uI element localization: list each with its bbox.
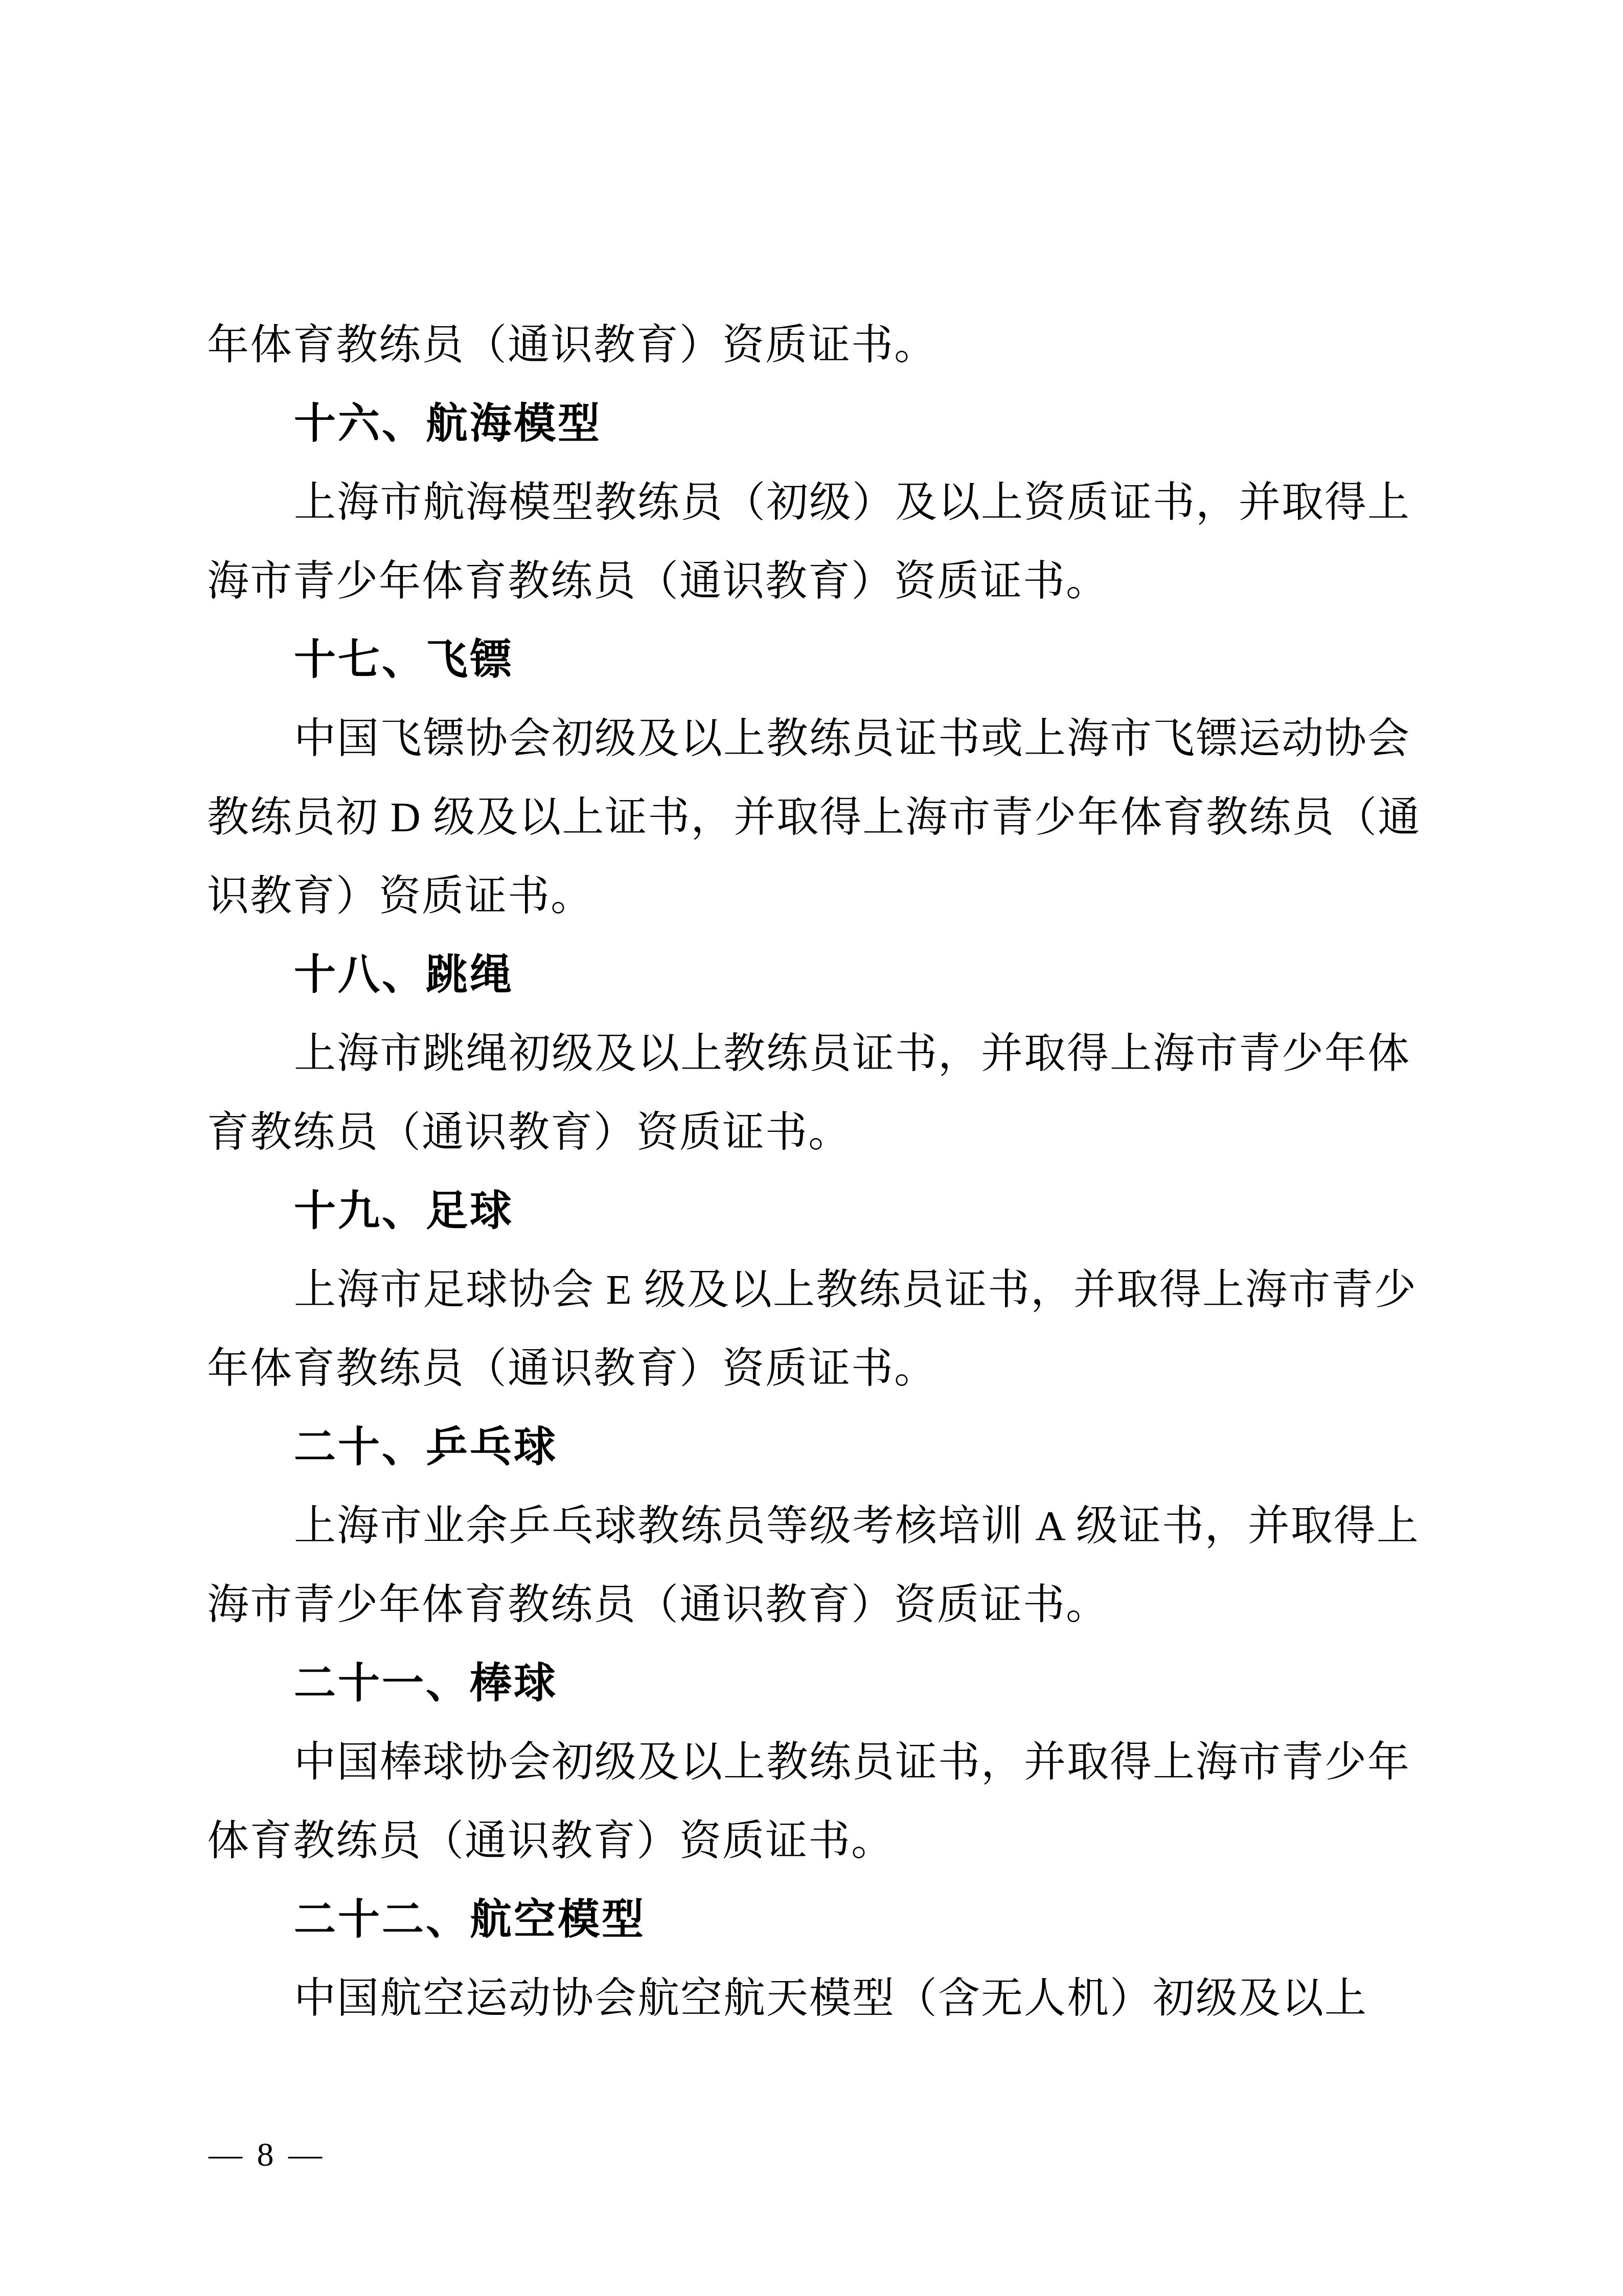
body-line: 中国航空运动协会航空航天模型（含无人机）初级及以上: [207, 1959, 1424, 2038]
body-line: 育教练员（通识教育）资质证书。: [207, 1093, 1424, 1172]
section-heading: 二十一、棒球: [207, 1644, 1424, 1723]
body-line: 年体育教练员（通识教育）资质证书。: [207, 306, 1424, 384]
section-heading: 十九、足球: [207, 1172, 1424, 1251]
document-body: 年体育教练员（通识教育）资质证书。 十六、航海模型 上海市航海模型教练员（初级）…: [207, 306, 1424, 2038]
body-line: 上海市业余乒乓球教练员等级考核培训 A 级证书，并取得上: [207, 1487, 1424, 1565]
body-line: 中国飞镖协会初级及以上教练员证书或上海市飞镖运动协会: [207, 699, 1424, 778]
section-heading: 十六、航海模型: [207, 384, 1424, 463]
body-line: 上海市航海模型教练员（初级）及以上资质证书，并取得上: [207, 463, 1424, 542]
body-line: 上海市足球协会 E 级及以上教练员证书，并取得上海市青少: [207, 1251, 1424, 1329]
body-line: 海市青少年体育教练员（通识教育）资质证书。: [207, 542, 1424, 621]
body-line: 中国棒球协会初级及以上教练员证书，并取得上海市青少年: [207, 1723, 1424, 1802]
page-number: — 8 —: [209, 2138, 325, 2172]
body-line: 年体育教练员（通识教育）资质证书。: [207, 1329, 1424, 1408]
body-line: 体育教练员（通识教育）资质证书。: [207, 1802, 1424, 1880]
section-heading: 二十、乒乓球: [207, 1408, 1424, 1487]
body-line: 识教育）资质证书。: [207, 857, 1424, 936]
section-heading: 二十二、航空模型: [207, 1880, 1424, 1959]
section-heading: 十八、跳绳: [207, 936, 1424, 1014]
section-heading: 十七、飞镖: [207, 621, 1424, 699]
document-page: 年体育教练员（通识教育）资质证书。 十六、航海模型 上海市航海模型教练员（初级）…: [0, 0, 1623, 2296]
body-line: 海市青少年体育教练员（通识教育）资质证书。: [207, 1565, 1424, 1644]
body-line: 教练员初 D 级及以上证书，并取得上海市青少年体育教练员（通: [207, 778, 1424, 857]
body-line: 上海市跳绳初级及以上教练员证书，并取得上海市青少年体: [207, 1014, 1424, 1093]
